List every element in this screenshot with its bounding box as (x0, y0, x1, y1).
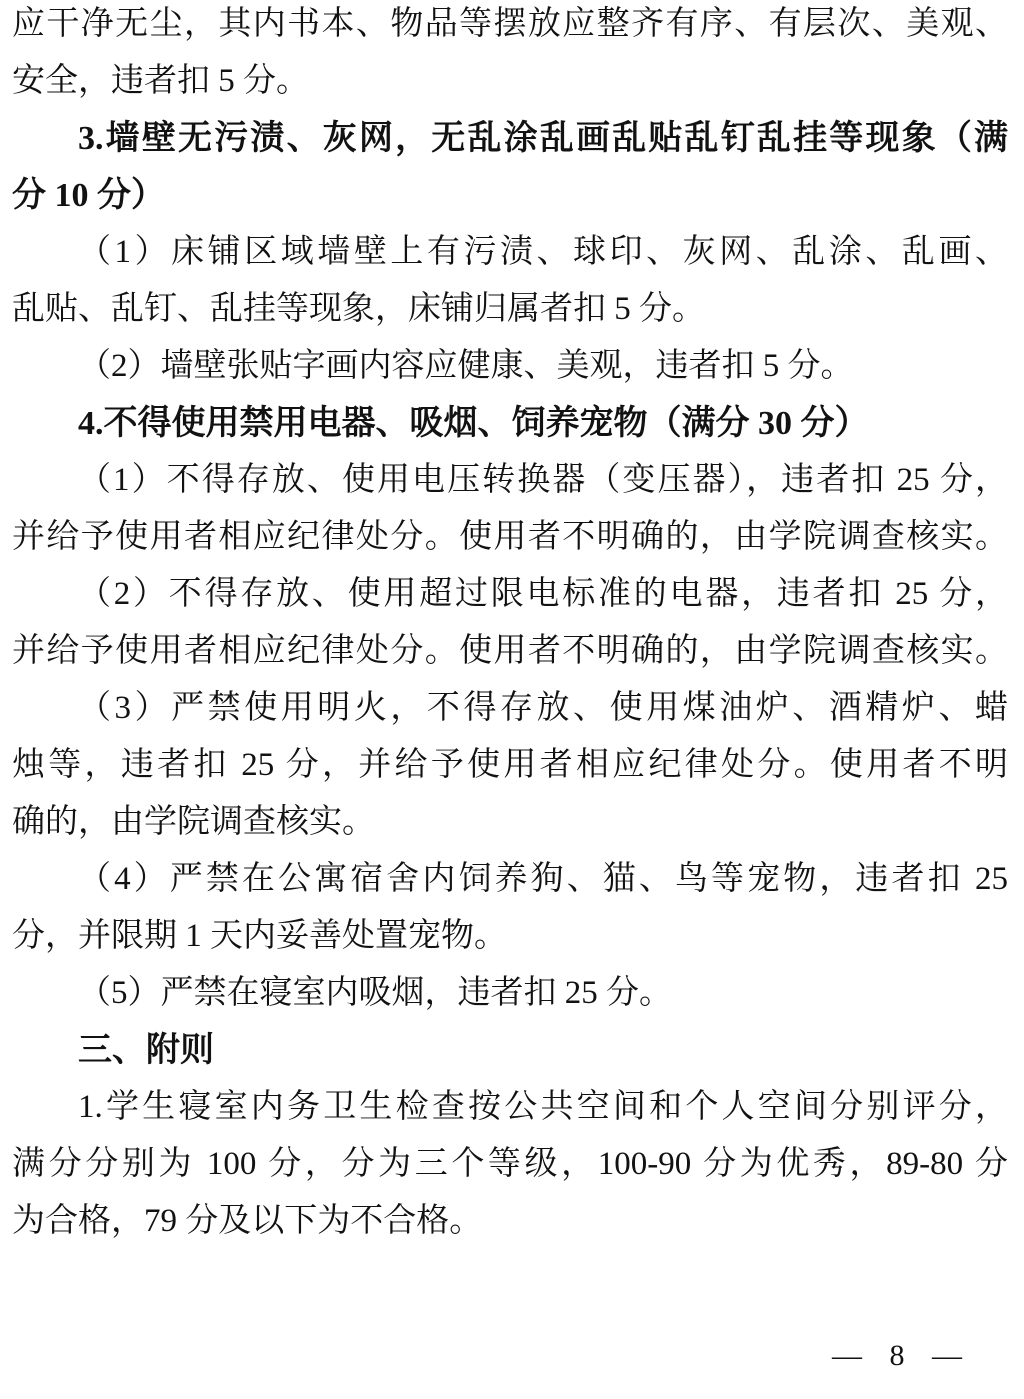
body-line: 为合格，79 分及以下为不合格。 (12, 1193, 1008, 1250)
body-line: 并给予使用者相应纪律处分。使用者不明确的，由学院调查核实。 (12, 509, 1008, 566)
body-line: 确的，由学院调查核实。 (12, 794, 1008, 851)
document-page: 应干净无尘，其内书本、物品等摆放应整齐有序、有层次、美观、 安全，违者扣 5 分… (0, 0, 1024, 1399)
body-line: 烛等，违者扣 25 分，并给予使用者相应纪律处分。使用者不明 (12, 737, 1008, 794)
body-line: （1）床铺区域墙壁上有污渍、球印、灰网、乱涂、乱画、 (12, 224, 1008, 281)
body-line: 应干净无尘，其内书本、物品等摆放应整齐有序、有层次、美观、 (12, 0, 1008, 53)
body-line: 分，并限期 1 天内妥善处置宠物。 (12, 908, 1008, 965)
body-line: 安全，违者扣 5 分。 (12, 53, 1008, 110)
document-body: 应干净无尘，其内书本、物品等摆放应整齐有序、有层次、美观、 安全，违者扣 5 分… (12, 0, 1008, 1250)
body-line: （2）墙壁张贴字画内容应健康、美观，违者扣 5 分。 (12, 338, 1008, 395)
body-line: 满分分别为 100 分，分为三个等级，100-90 分为优秀，89-80 分 (12, 1136, 1008, 1193)
section-heading-3: 3.墙壁无污渍、灰网，无乱涂乱画乱贴乱钉乱挂等现象（满 (12, 110, 1008, 167)
page-number: — 8 — (832, 1339, 972, 1373)
section-heading-3-cont: 分 10 分） (12, 167, 1008, 224)
body-line: 并给予使用者相应纪律处分。使用者不明确的，由学院调查核实。 (12, 623, 1008, 680)
body-line: （4）严禁在公寓宿舍内饲养狗、猫、鸟等宠物，违者扣 25 (12, 851, 1008, 908)
body-line: 乱贴、乱钉、乱挂等现象，床铺归属者扣 5 分。 (12, 281, 1008, 338)
body-line: （5）严禁在寝室内吸烟，违者扣 25 分。 (12, 965, 1008, 1022)
body-line: （2）不得存放、使用超过限电标准的电器，违者扣 25 分， (12, 566, 1008, 623)
body-line: 1.学生寝室内务卫生检查按公共空间和个人空间分别评分， (12, 1079, 1008, 1136)
section-heading-appendix: 三、附则 (12, 1022, 1008, 1079)
body-line: （3）严禁使用明火，不得存放、使用煤油炉、酒精炉、蜡 (12, 680, 1008, 737)
section-heading-4: 4.不得使用禁用电器、吸烟、饲养宠物（满分 30 分） (12, 395, 1008, 452)
body-line: （1）不得存放、使用电压转换器（变压器），违者扣 25 分， (12, 452, 1008, 509)
